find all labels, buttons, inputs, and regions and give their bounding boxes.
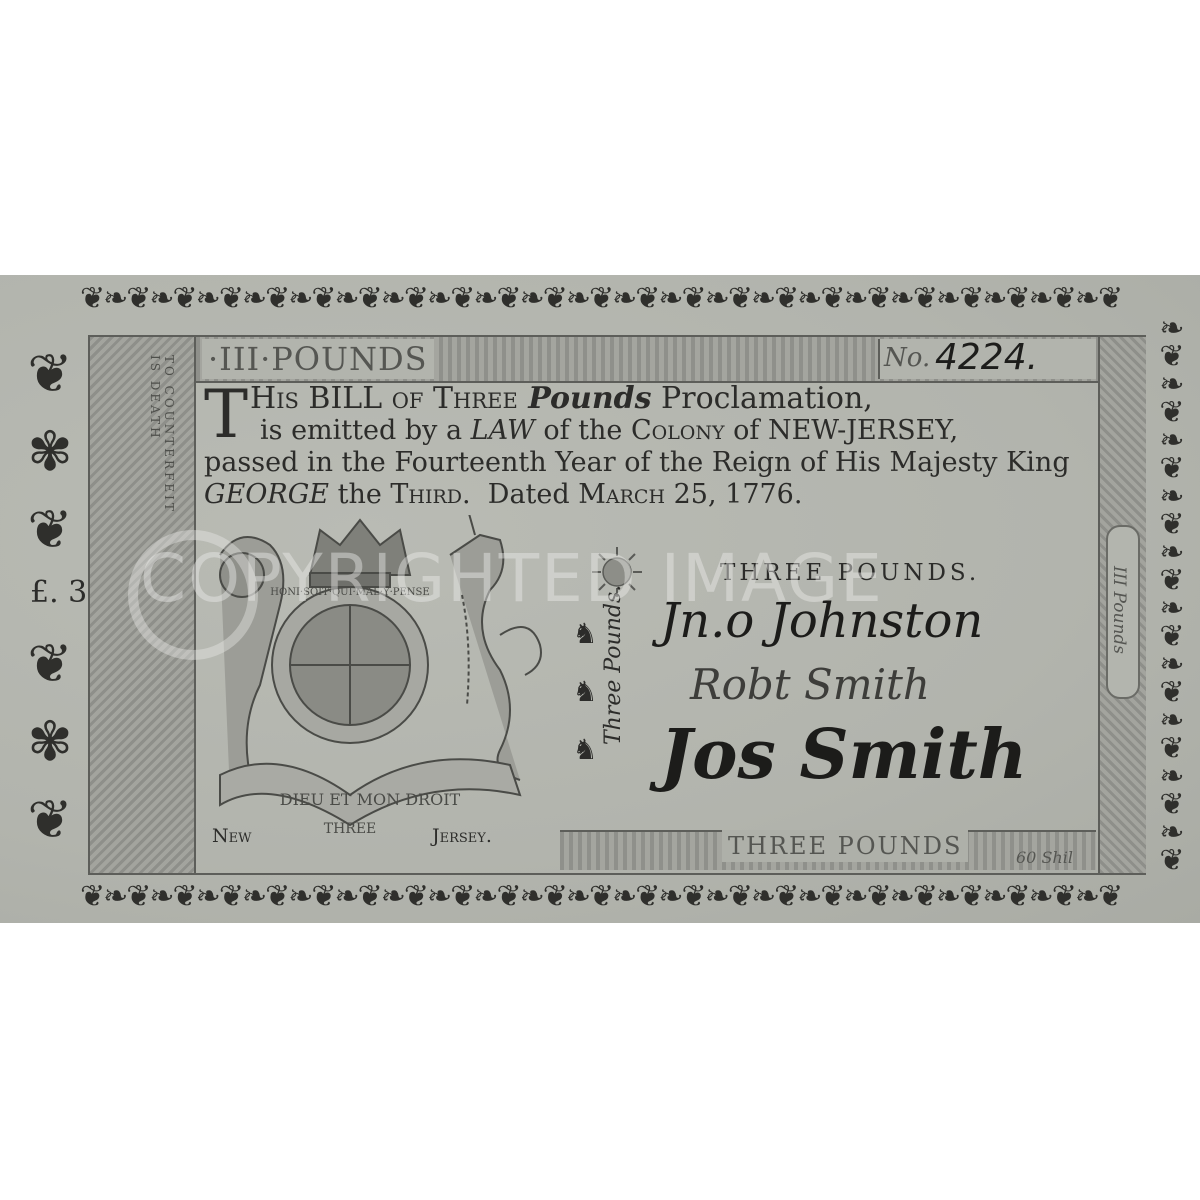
drop-cap: T [204,385,248,445]
copyright-watermark: COPYRIGHTED IMAGE [140,540,884,617]
lion-passant-icons: ♞ ♞ ♞ [565,605,605,779]
colonial-banknote: ❦❧❦❧❦❧❦❧❦❧❦❧❦❧❦❧❦❧❦❧❦❧❦❧❦❧❦❧❦❧❦❧❦❧❦❧❦❧❦❧… [0,275,1200,923]
denomination-bottom: THREE POUNDS [722,830,968,862]
ribbon-center: THREE [324,821,377,837]
serial-number: 4224. [935,337,1038,378]
top-ornament-border: ❦❧❦❧❦❧❦❧❦❧❦❧❦❧❦❧❦❧❦❧❦❧❦❧❦❧❦❧❦❧❦❧❦❧❦❧❦❧❦❧… [80,281,1120,317]
arms-label-new: New [212,825,251,847]
right-cartouche-text: III Pounds [1104,525,1134,695]
proclamation-text: T His BILL of Three Pounds Proclamation,… [204,383,1094,511]
serial-prefix: No. [884,343,930,373]
signature-3: Jos Smith [660,715,1027,795]
denomination-left: £. 3 [30,575,87,610]
bottom-ornament-border: ❦❧❦❧❦❧❦❧❦❧❦❧❦❧❦❧❦❧❦❧❦❧❦❧❦❧❦❧❦❧❦❧❦❧❦❧❦❧❦❧… [80,879,1120,915]
left-band-text: TO COUNTERFEIT IS DEATH [156,355,176,515]
left-ornament-top: ❦✾❦ [20,335,80,565]
signature-2: Robt Smith [690,660,930,709]
arms-label-jersey: Jersey. [432,825,492,847]
lion-icon: ♞ [565,663,605,721]
left-ornament-bottom: ❦✾❦ [20,625,80,875]
header-title: ·III·POUNDS [202,339,434,379]
lion-icon: ♞ [565,721,605,779]
ribbon-motto: DIEU ET MON DROIT [280,790,461,809]
right-ornament-border: ❧❦❧❦❧❦❧❦❧❦❧❦❧❦❧❦❧❦❧❦ [1152,315,1192,885]
shillings-note: 60 Shil [1016,848,1073,867]
